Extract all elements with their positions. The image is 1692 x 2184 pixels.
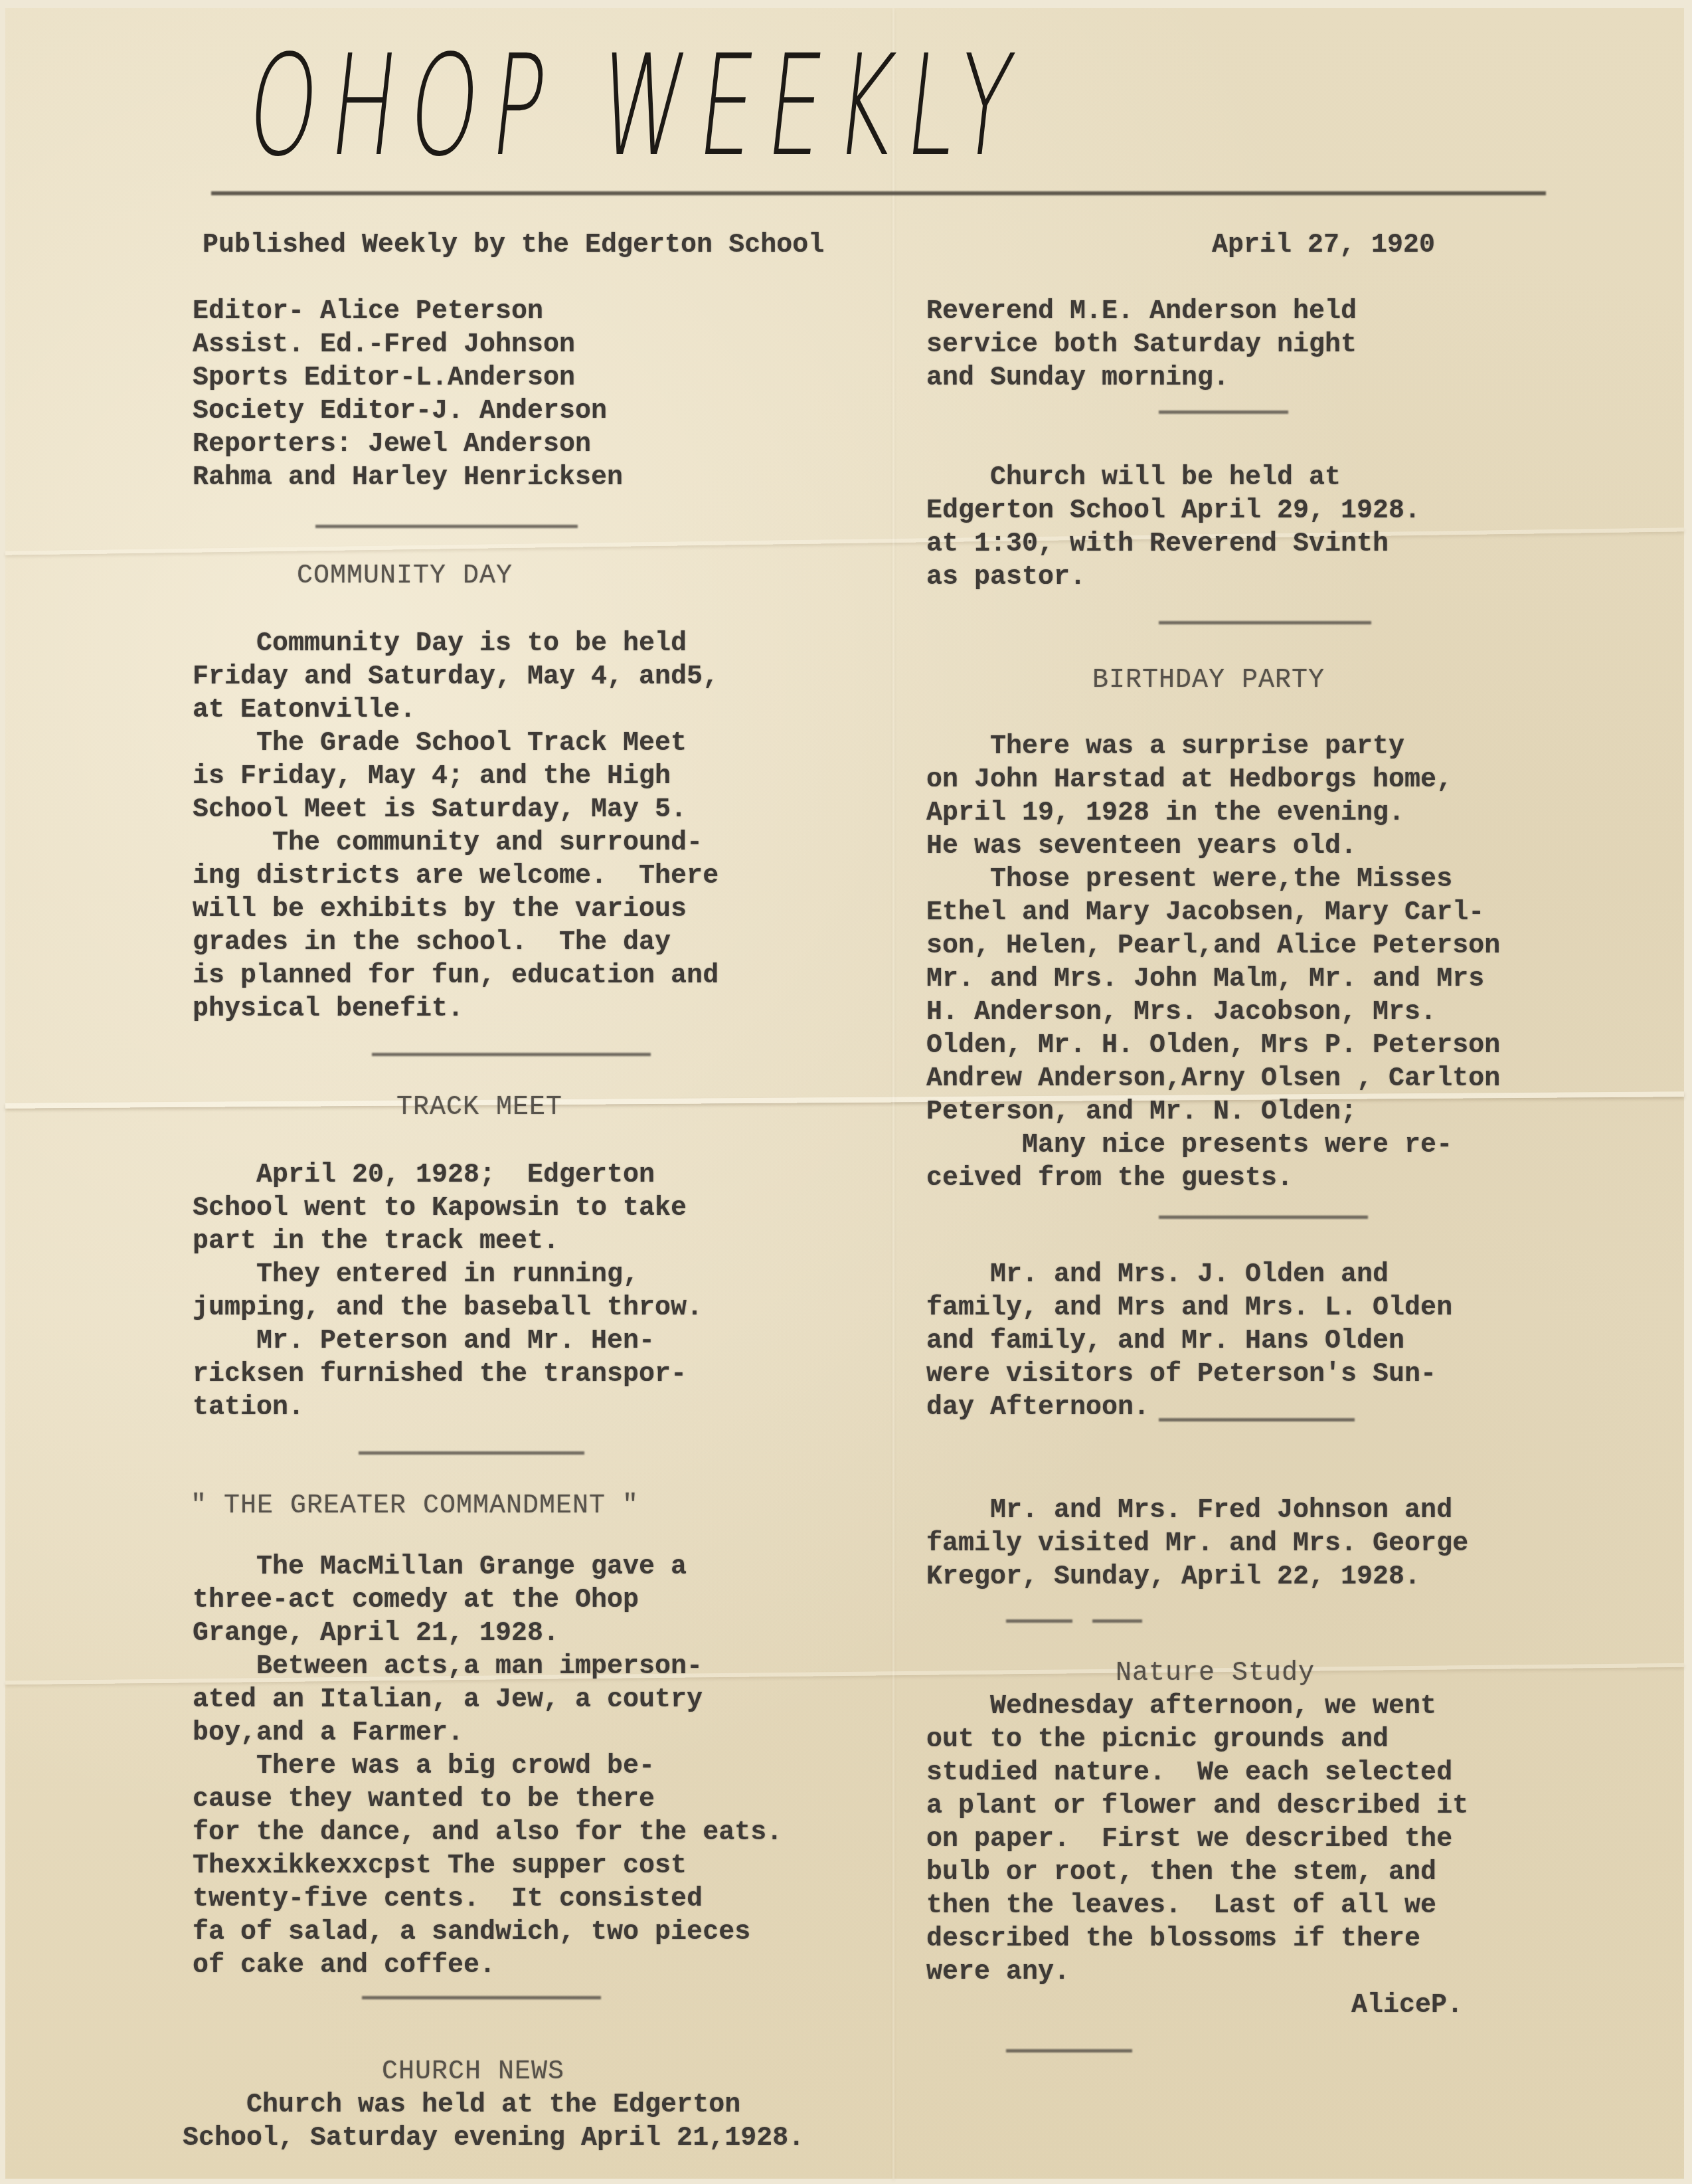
article-line: School went to Kapowsin to take xyxy=(193,1192,687,1226)
article-line: Friday and Saturday, May 4, and5, xyxy=(193,661,719,694)
section-divider-right-part xyxy=(1092,1619,1142,1623)
article-line: physical benefit. xyxy=(193,993,464,1026)
section-divider xyxy=(359,1451,584,1455)
article-line: Mr. Peterson and Mr. Hen- xyxy=(193,1325,655,1358)
article-line: Reverend M.E. Anderson held xyxy=(926,296,1357,329)
article-line: There was a big crowd be- xyxy=(193,1750,655,1783)
article-line: Church was held at the Edgerton xyxy=(183,2089,740,2122)
article-line: boy,and a Farmer. xyxy=(193,1717,464,1750)
article-line: were visitors of Peterson's Sun- xyxy=(926,1358,1436,1392)
article-line: then the leaves. Last of all we xyxy=(926,1890,1436,1923)
article-line: Wednesday afternoon, we went xyxy=(926,1690,1436,1724)
article-line: and family, and Mr. Hans Olden xyxy=(926,1325,1404,1358)
staff-line: Society Editor-J. Anderson xyxy=(193,395,607,428)
article-line: out to the picnic grounds and xyxy=(926,1724,1389,1757)
article-line: The community and surround- xyxy=(193,827,703,860)
article-line: April 19, 1928 in the evening. xyxy=(926,797,1404,830)
staff-line: Assist. Ed.-Fred Johnson xyxy=(193,329,575,362)
closing-divider xyxy=(1006,2049,1132,2052)
publisher-line: Published Weekly by the Edgerton School xyxy=(203,229,824,262)
article-line: bulb or root, then the stem, and xyxy=(926,1857,1436,1890)
staff-line: Editor- Alice Peterson xyxy=(193,296,543,329)
article-heading-greater-commandment: " THE GREATER COMMANDMENT " xyxy=(191,1490,639,1523)
article-line: as pastor. xyxy=(926,561,1086,594)
section-divider xyxy=(315,525,578,528)
article-line: Thexxikkexxcpst The supper cost xyxy=(193,1850,687,1883)
article-line: and Sunday morning. xyxy=(926,362,1229,395)
masthead-title: OHOP WEEKLY xyxy=(240,20,1054,193)
article-line: There was a surprise party xyxy=(926,731,1404,764)
article-line: School Meet is Saturday, May 5. xyxy=(193,794,687,827)
article-line: Church will be held at xyxy=(926,462,1341,495)
article-line: at Eatonville. xyxy=(193,694,416,727)
article-line: Many nice presents were re- xyxy=(926,1129,1452,1162)
article-line: Community Day is to be held xyxy=(193,628,687,661)
article-line: ated an Italian, a Jew, a coutry xyxy=(193,1684,703,1717)
article-line: were any. xyxy=(926,1956,1070,1989)
article-line: ricksen furnished the transpor- xyxy=(193,1358,687,1392)
section-divider-left-part xyxy=(1006,1619,1072,1623)
article-line: Edgerton School April 29, 1928. xyxy=(926,495,1420,528)
article-line: They entered in running, xyxy=(193,1259,639,1292)
article-line: ing districts are welcome. There xyxy=(193,860,719,893)
section-divider xyxy=(362,1996,601,1999)
masthead-underline xyxy=(211,191,1546,195)
article-line: The MacMillan Grange gave a xyxy=(193,1551,687,1584)
article-line: Peterson, and Mr. N. Olden; xyxy=(926,1096,1357,1129)
section-divider xyxy=(1159,410,1288,414)
article-line: Andrew Anderson,Arny Olsen , Carlton xyxy=(926,1063,1500,1096)
article-line: described the blossoms if there xyxy=(926,1923,1420,1956)
article-heading-track-meet: TRACK MEET xyxy=(396,1091,562,1125)
article-line: Between acts,a man imperson- xyxy=(193,1651,703,1684)
article-line: on paper. First we described the xyxy=(926,1823,1452,1857)
article-line: Grange, April 21, 1928. xyxy=(193,1617,559,1651)
staff-line: Sports Editor-L.Anderson xyxy=(193,362,575,395)
article-line: for the dance, and also for the eats. xyxy=(193,1817,782,1850)
section-divider xyxy=(1159,1418,1355,1421)
issue-date: April 27, 1920 xyxy=(1212,229,1435,262)
article-line: twenty-five cents. It consisted xyxy=(193,1883,703,1916)
article-heading-nature-study: Nature Study xyxy=(1116,1657,1315,1690)
paper-fold-vertical xyxy=(892,8,894,2179)
article-line: son, Helen, Pearl,and Alice Peterson xyxy=(926,930,1500,963)
article-line: is Friday, May 4; and the High xyxy=(193,761,671,794)
section-divider xyxy=(372,1053,651,1056)
article-line: will be exhibits by the various xyxy=(193,893,687,927)
article-line: The Grade School Track Meet xyxy=(193,727,687,761)
article-line: at 1:30, with Reverend Svinth xyxy=(926,528,1389,561)
article-line: part in the track meet. xyxy=(193,1226,559,1259)
article-line: tation. xyxy=(193,1392,304,1425)
section-divider xyxy=(1159,621,1371,624)
article-line: Kregor, Sunday, April 22, 1928. xyxy=(926,1561,1420,1594)
article-line: ceived from the guests. xyxy=(926,1162,1293,1196)
section-divider xyxy=(1159,1216,1368,1219)
article-line: jumping, and the baseball throw. xyxy=(193,1292,703,1325)
article-line: service both Saturday night xyxy=(926,329,1357,362)
staff-line: Rahma and Harley Henricksen xyxy=(193,462,623,495)
paper-crease-upper xyxy=(5,527,1684,555)
article-line: April 20, 1928; Edgerton xyxy=(193,1159,655,1192)
article-line: fa of salad, a sandwich, two pieces xyxy=(193,1916,750,1950)
article-line: family visited Mr. and Mrs. George xyxy=(926,1528,1468,1561)
article-heading-birthday-party: BIRTHDAY PARTY xyxy=(1092,664,1325,697)
article-line: H. Anderson, Mrs. Jacobson, Mrs. xyxy=(926,996,1436,1030)
article-line: day Afternoon. xyxy=(926,1392,1149,1425)
article-heading-community-day: COMMUNITY DAY xyxy=(297,560,513,593)
article-line: is planned for fun, education and xyxy=(193,960,719,993)
article-heading-church-news: CHURCH NEWS xyxy=(382,2056,564,2089)
article-line: School, Saturday evening April 21,1928. xyxy=(183,2122,804,2155)
article-line: He was seventeen years old. xyxy=(926,830,1357,864)
article-line: Mr. and Mrs. John Malm, Mr. and Mrs xyxy=(926,963,1484,996)
article-line: Olden, Mr. H. Olden, Mrs P. Peterson xyxy=(926,1030,1500,1063)
article-line: grades in the school. The day xyxy=(193,927,671,960)
article-line: Ethel and Mary Jacobsen, Mary Carl- xyxy=(926,897,1484,930)
article-line: of cake and coffee. xyxy=(193,1950,495,1983)
article-line: family, and Mrs and Mrs. L. Olden xyxy=(926,1292,1452,1325)
article-line: Mr. and Mrs. J. Olden and xyxy=(926,1259,1389,1292)
article-line: Those present were,the Misses xyxy=(926,864,1452,897)
article-line: Mr. and Mrs. Fred Johnson and xyxy=(926,1495,1452,1528)
staff-line: Reporters: Jewel Anderson xyxy=(193,428,591,462)
article-line: a plant or flower and described it xyxy=(926,1790,1468,1823)
article-signature: AliceP. xyxy=(1351,1989,1463,2023)
article-line: studied nature. We each selected xyxy=(926,1757,1452,1790)
article-line: three-act comedy at the Ohop xyxy=(193,1584,639,1617)
article-line: cause they wanted to be there xyxy=(193,1783,655,1817)
article-line: on John Harstad at Hedborgs home, xyxy=(926,764,1452,797)
